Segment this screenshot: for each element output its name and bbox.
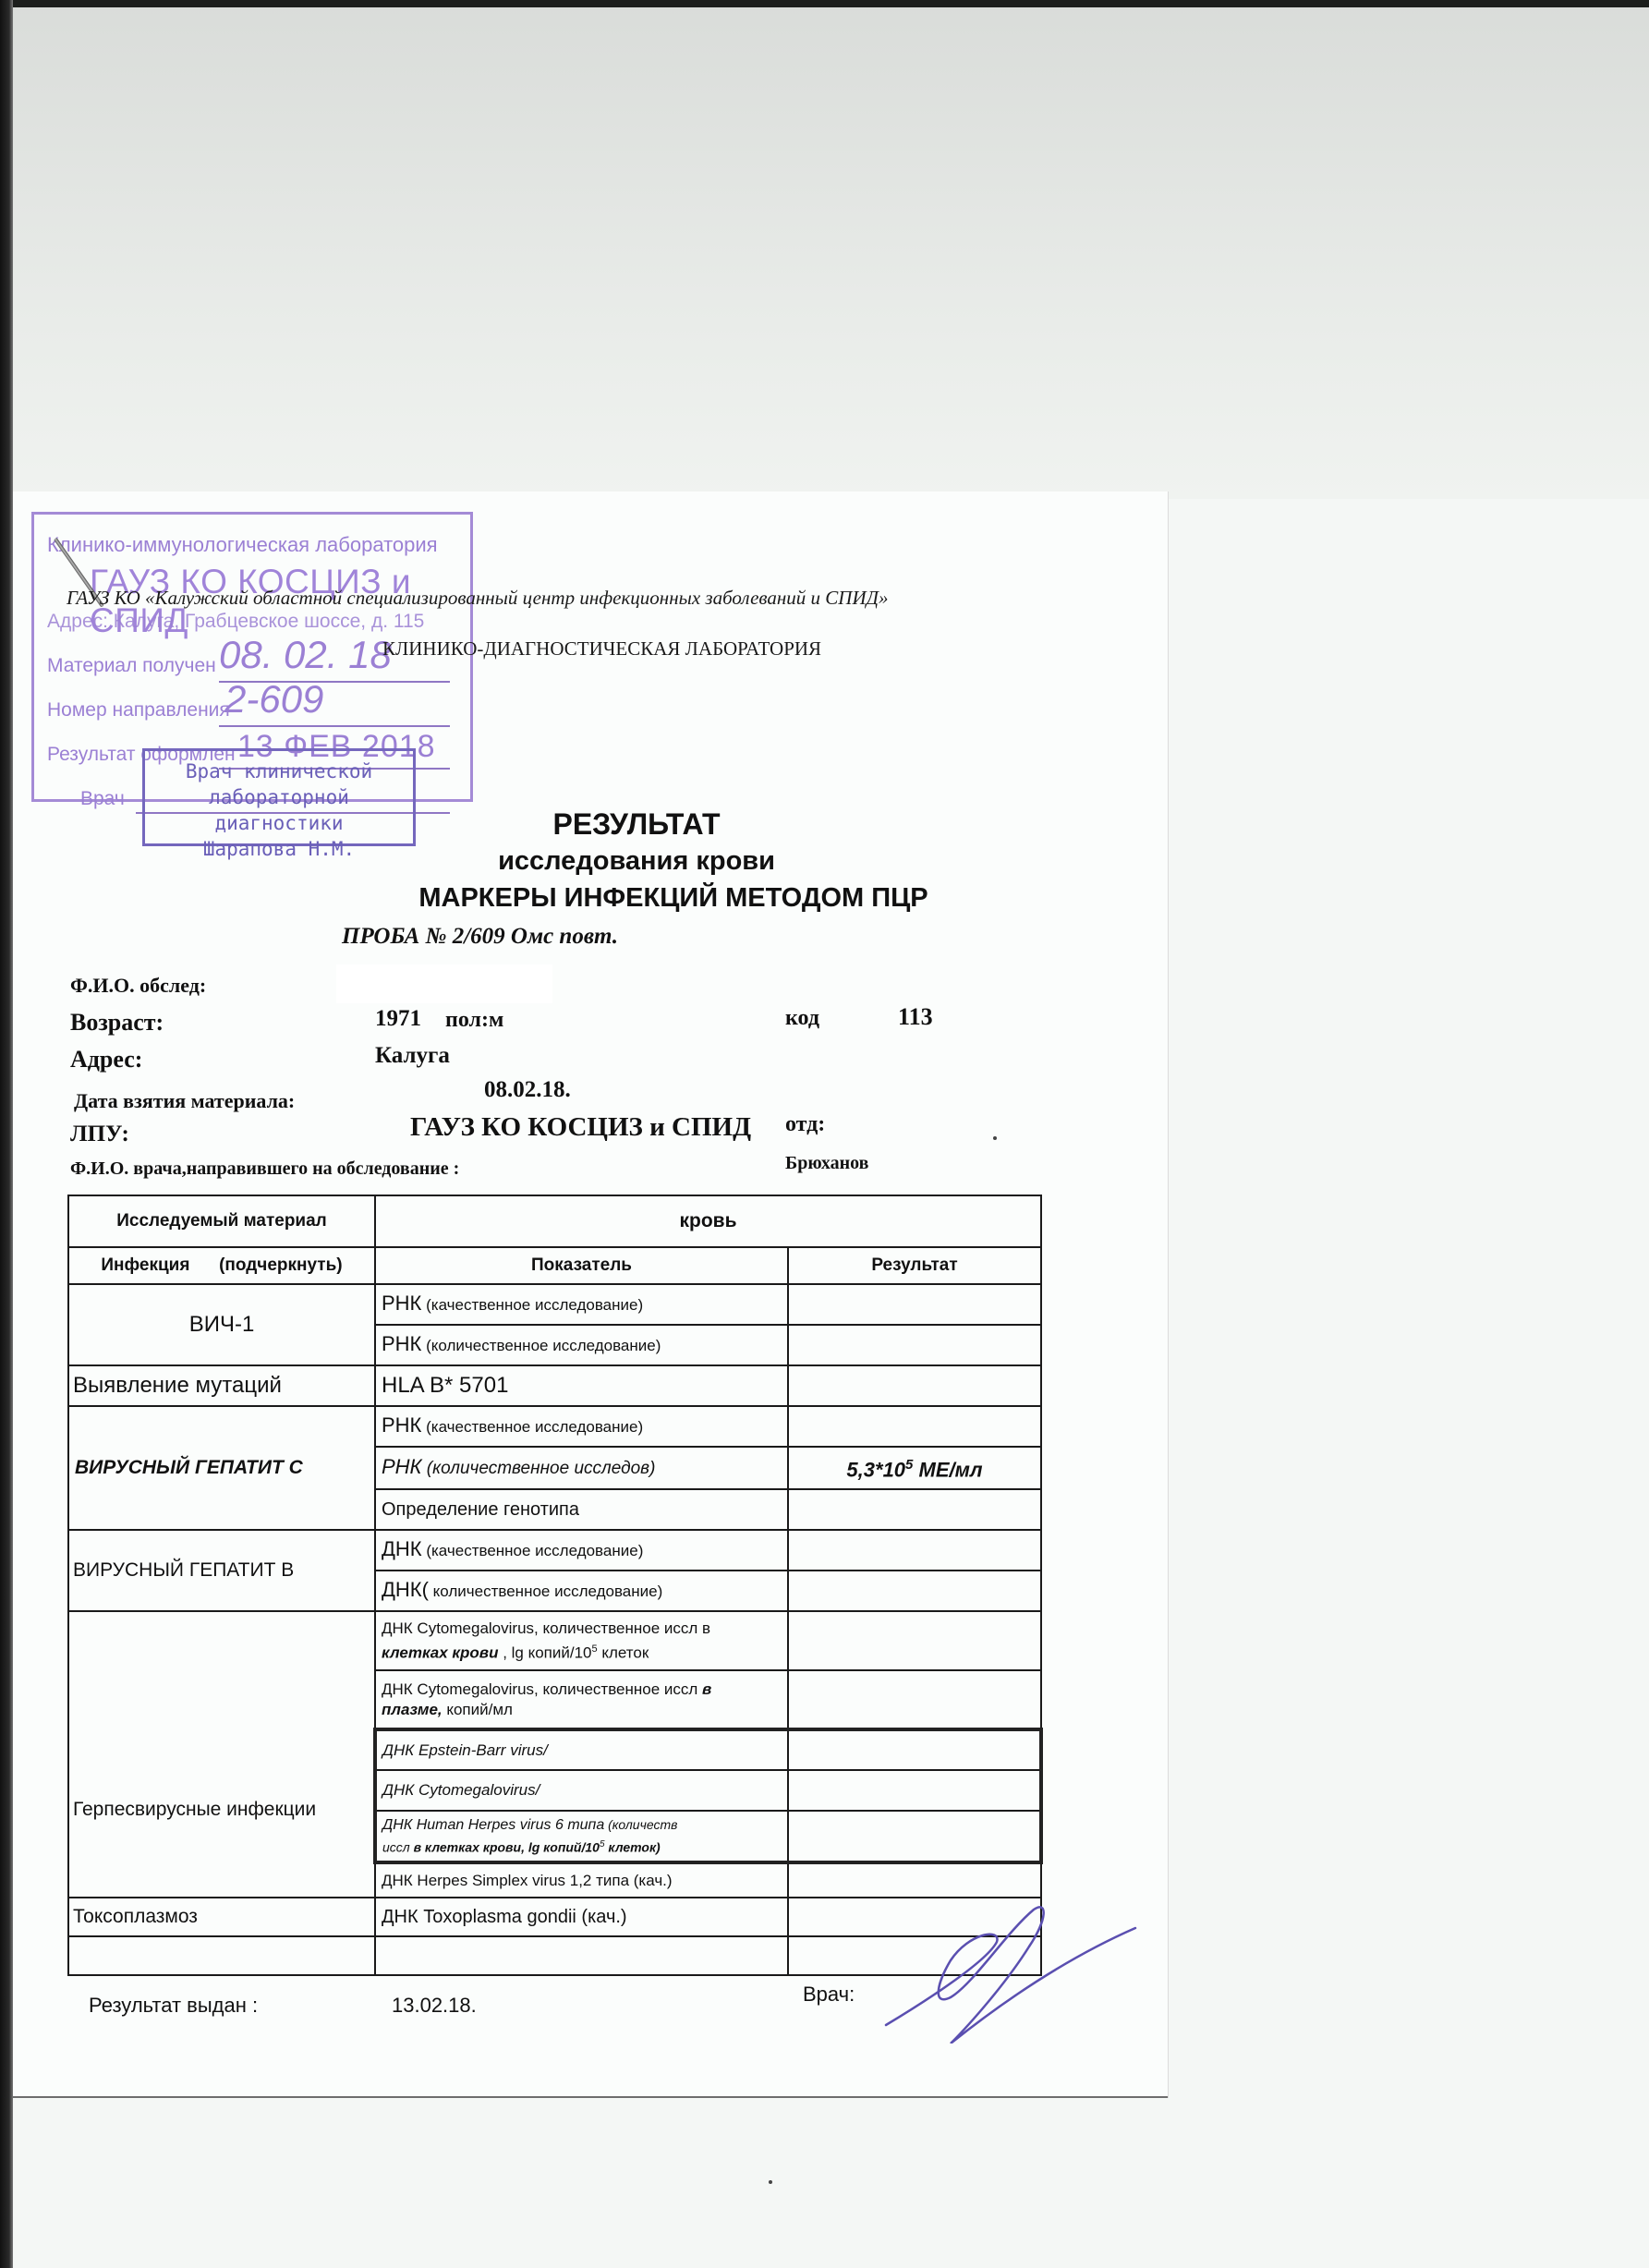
doctor-stamp-line-1: Врач клинической (145, 758, 413, 784)
age-value: 1971 (375, 1006, 421, 1032)
sample-date-label: Дата взятия материала: (74, 1089, 295, 1113)
indicator-cell: HLA B* 5701 (375, 1365, 788, 1406)
code-label: код (785, 1006, 819, 1031)
column-result: Результат (788, 1247, 1041, 1284)
table-row: ВИРУСНЫЙ ГЕПАТИТ С РНК (качественное исс… (68, 1406, 1041, 1447)
sample-number: ПРОБА № 2/609 Омс повт. (342, 924, 618, 950)
referring-doctor-label: Ф.И.О. врача,направившего на обследовани… (70, 1158, 459, 1180)
document-subtitle: исследования крови (13, 846, 1168, 877)
result-cell (788, 1284, 1041, 1325)
indicator-cell: РНК (количественное исследов) (375, 1447, 788, 1489)
material-value: кровь (375, 1195, 1041, 1247)
table-row: Герпесвирусные инфекции ДНК Cytomegalovi… (68, 1611, 1041, 1670)
result-cell (788, 1770, 1041, 1811)
infection-hcv: ВИРУСНЫЙ ГЕПАТИТ С (68, 1406, 375, 1530)
sample-date-value: 08.02.18. (484, 1077, 571, 1103)
result-cell (788, 1530, 1041, 1571)
indicator-cell: ДНК( количественное исследование) (375, 1571, 788, 1611)
table-row: ВИРУСНЫЙ ГЕПАТИТ В ДНК (качественное исс… (68, 1530, 1041, 1571)
lab-result-sheet: Клинико-иммунологическая лаборатория ГАУ… (13, 491, 1168, 2098)
scan-speck (993, 1136, 997, 1140)
address-label: Адрес: (70, 1046, 142, 1073)
lpu-value: ГАУЗ КО КОСЦИЗ и СПИД (410, 1112, 751, 1143)
indicator-cell: ДНК Herpes Simplex virus 1,2 типа (кач.) (375, 1862, 788, 1898)
result-issued-date: 13.02.18. (392, 1994, 477, 2018)
lpu-label: ЛПУ: (70, 1122, 129, 1147)
referral-number-label: Номер направления (47, 699, 230, 722)
stamp-lab-name: Клинико-иммунологическая лаборатория (47, 533, 438, 557)
result-cell (788, 1365, 1041, 1406)
indicator-cell: ДНК Human Herpes virus 6 типа (количеств… (375, 1811, 788, 1862)
redacted-patient-name (336, 964, 552, 1003)
stamp-address: Адрес: Калуга, Грабцевское шоссе, д. 115 (47, 611, 424, 633)
indicator-cell: ДНК Cytomegalovirus, количественное иссл… (375, 1611, 788, 1670)
hcv-viral-load-result: 5,3*105 МЕ/мл (788, 1447, 1041, 1489)
table-header-material: Исследуемый материал кровь (68, 1195, 1041, 1247)
result-cell (788, 1729, 1041, 1770)
column-indicator: Показатель (375, 1247, 788, 1284)
document-heading: МАРКЕРЫ ИНФЕКЦИЙ МЕТОДОМ ПЦР (13, 883, 1168, 914)
result-cell (788, 1406, 1041, 1447)
column-infection: Инфекция (подчеркнуть) (68, 1247, 375, 1284)
result-cell (788, 1611, 1041, 1670)
scanner-edge-left (0, 0, 13, 2268)
table-row: Выявление мутаций HLA B* 5701 (68, 1365, 1041, 1406)
infection-herpes: Герпесвирусные инфекции (68, 1611, 375, 1898)
referral-number-value: 2-609 (224, 677, 323, 722)
infection-toxoplasmosis: Токсоплазмоз (68, 1898, 375, 1936)
indicator-cell: ДНК Epstein-Barr virus/ (375, 1729, 788, 1770)
result-issued-label: Результат выдан : (89, 1994, 258, 2018)
address-value: Калуга (375, 1043, 450, 1069)
result-cell (788, 1489, 1041, 1530)
sex-value: пол:м (445, 1008, 503, 1033)
results-table: Исследуемый материал кровь Инфекция (под… (67, 1195, 1043, 1976)
age-label: Возраст: (70, 1009, 164, 1037)
referring-doctor-value: Брюханов (785, 1153, 868, 1174)
result-cell (788, 1325, 1041, 1365)
indicator-cell: ДНК Cytomegalovirus, количественное иссл… (375, 1670, 788, 1729)
material-label: Исследуемый материал (68, 1195, 375, 1247)
scanner-background (0, 0, 1649, 499)
laboratory-name: КЛИНИКО-ДИАГНОСТИЧЕСКАЯ ЛАБОРАТОРИЯ (382, 637, 821, 661)
indicator-cell: РНК (качественное исследование) (375, 1406, 788, 1447)
table-header-columns: Инфекция (подчеркнуть) Показатель Резуль… (68, 1247, 1041, 1284)
indicator-cell: РНК (качественное исследование) (375, 1284, 788, 1325)
infection-mutation: Выявление мутаций (68, 1365, 375, 1406)
code-value: 113 (898, 1003, 933, 1031)
indicator-cell: Определение генотипа (375, 1489, 788, 1530)
document-title: РЕЗУЛЬТАТ (13, 807, 1168, 842)
indicator-cell: ДНК Toxoplasma gondii (кач.) (375, 1898, 788, 1936)
indicator-cell: ДНК Cytomegalovirus/ (375, 1770, 788, 1811)
doctor-signature-label: Врач: (803, 1983, 855, 2007)
infection-hiv: ВИЧ-1 (68, 1284, 375, 1365)
scan-speck (769, 2180, 772, 2184)
result-cell (788, 1811, 1041, 1862)
indicator-cell: ДНК (качественное исследование) (375, 1530, 788, 1571)
scanner-edge-top (0, 0, 1649, 7)
result-cell (788, 1571, 1041, 1611)
infection-hbv: ВИРУСНЫЙ ГЕПАТИТ В (68, 1530, 375, 1611)
doctor-signature (849, 1905, 1145, 2044)
indicator-cell: РНК (количественное исследование) (375, 1325, 788, 1365)
table-row: ВИЧ-1 РНК (качественное исследование) (68, 1284, 1041, 1325)
material-received-value: 08. 02. 18 (219, 633, 392, 677)
patient-name-label: Ф.И.О. обслед: (70, 974, 206, 998)
department-label: отд: (785, 1112, 825, 1137)
material-received-label: Материал получен (47, 655, 216, 677)
result-cell (788, 1862, 1041, 1898)
institution-name: ГАУЗ КО «Калужский областной специализир… (67, 587, 888, 610)
result-cell (788, 1670, 1041, 1729)
